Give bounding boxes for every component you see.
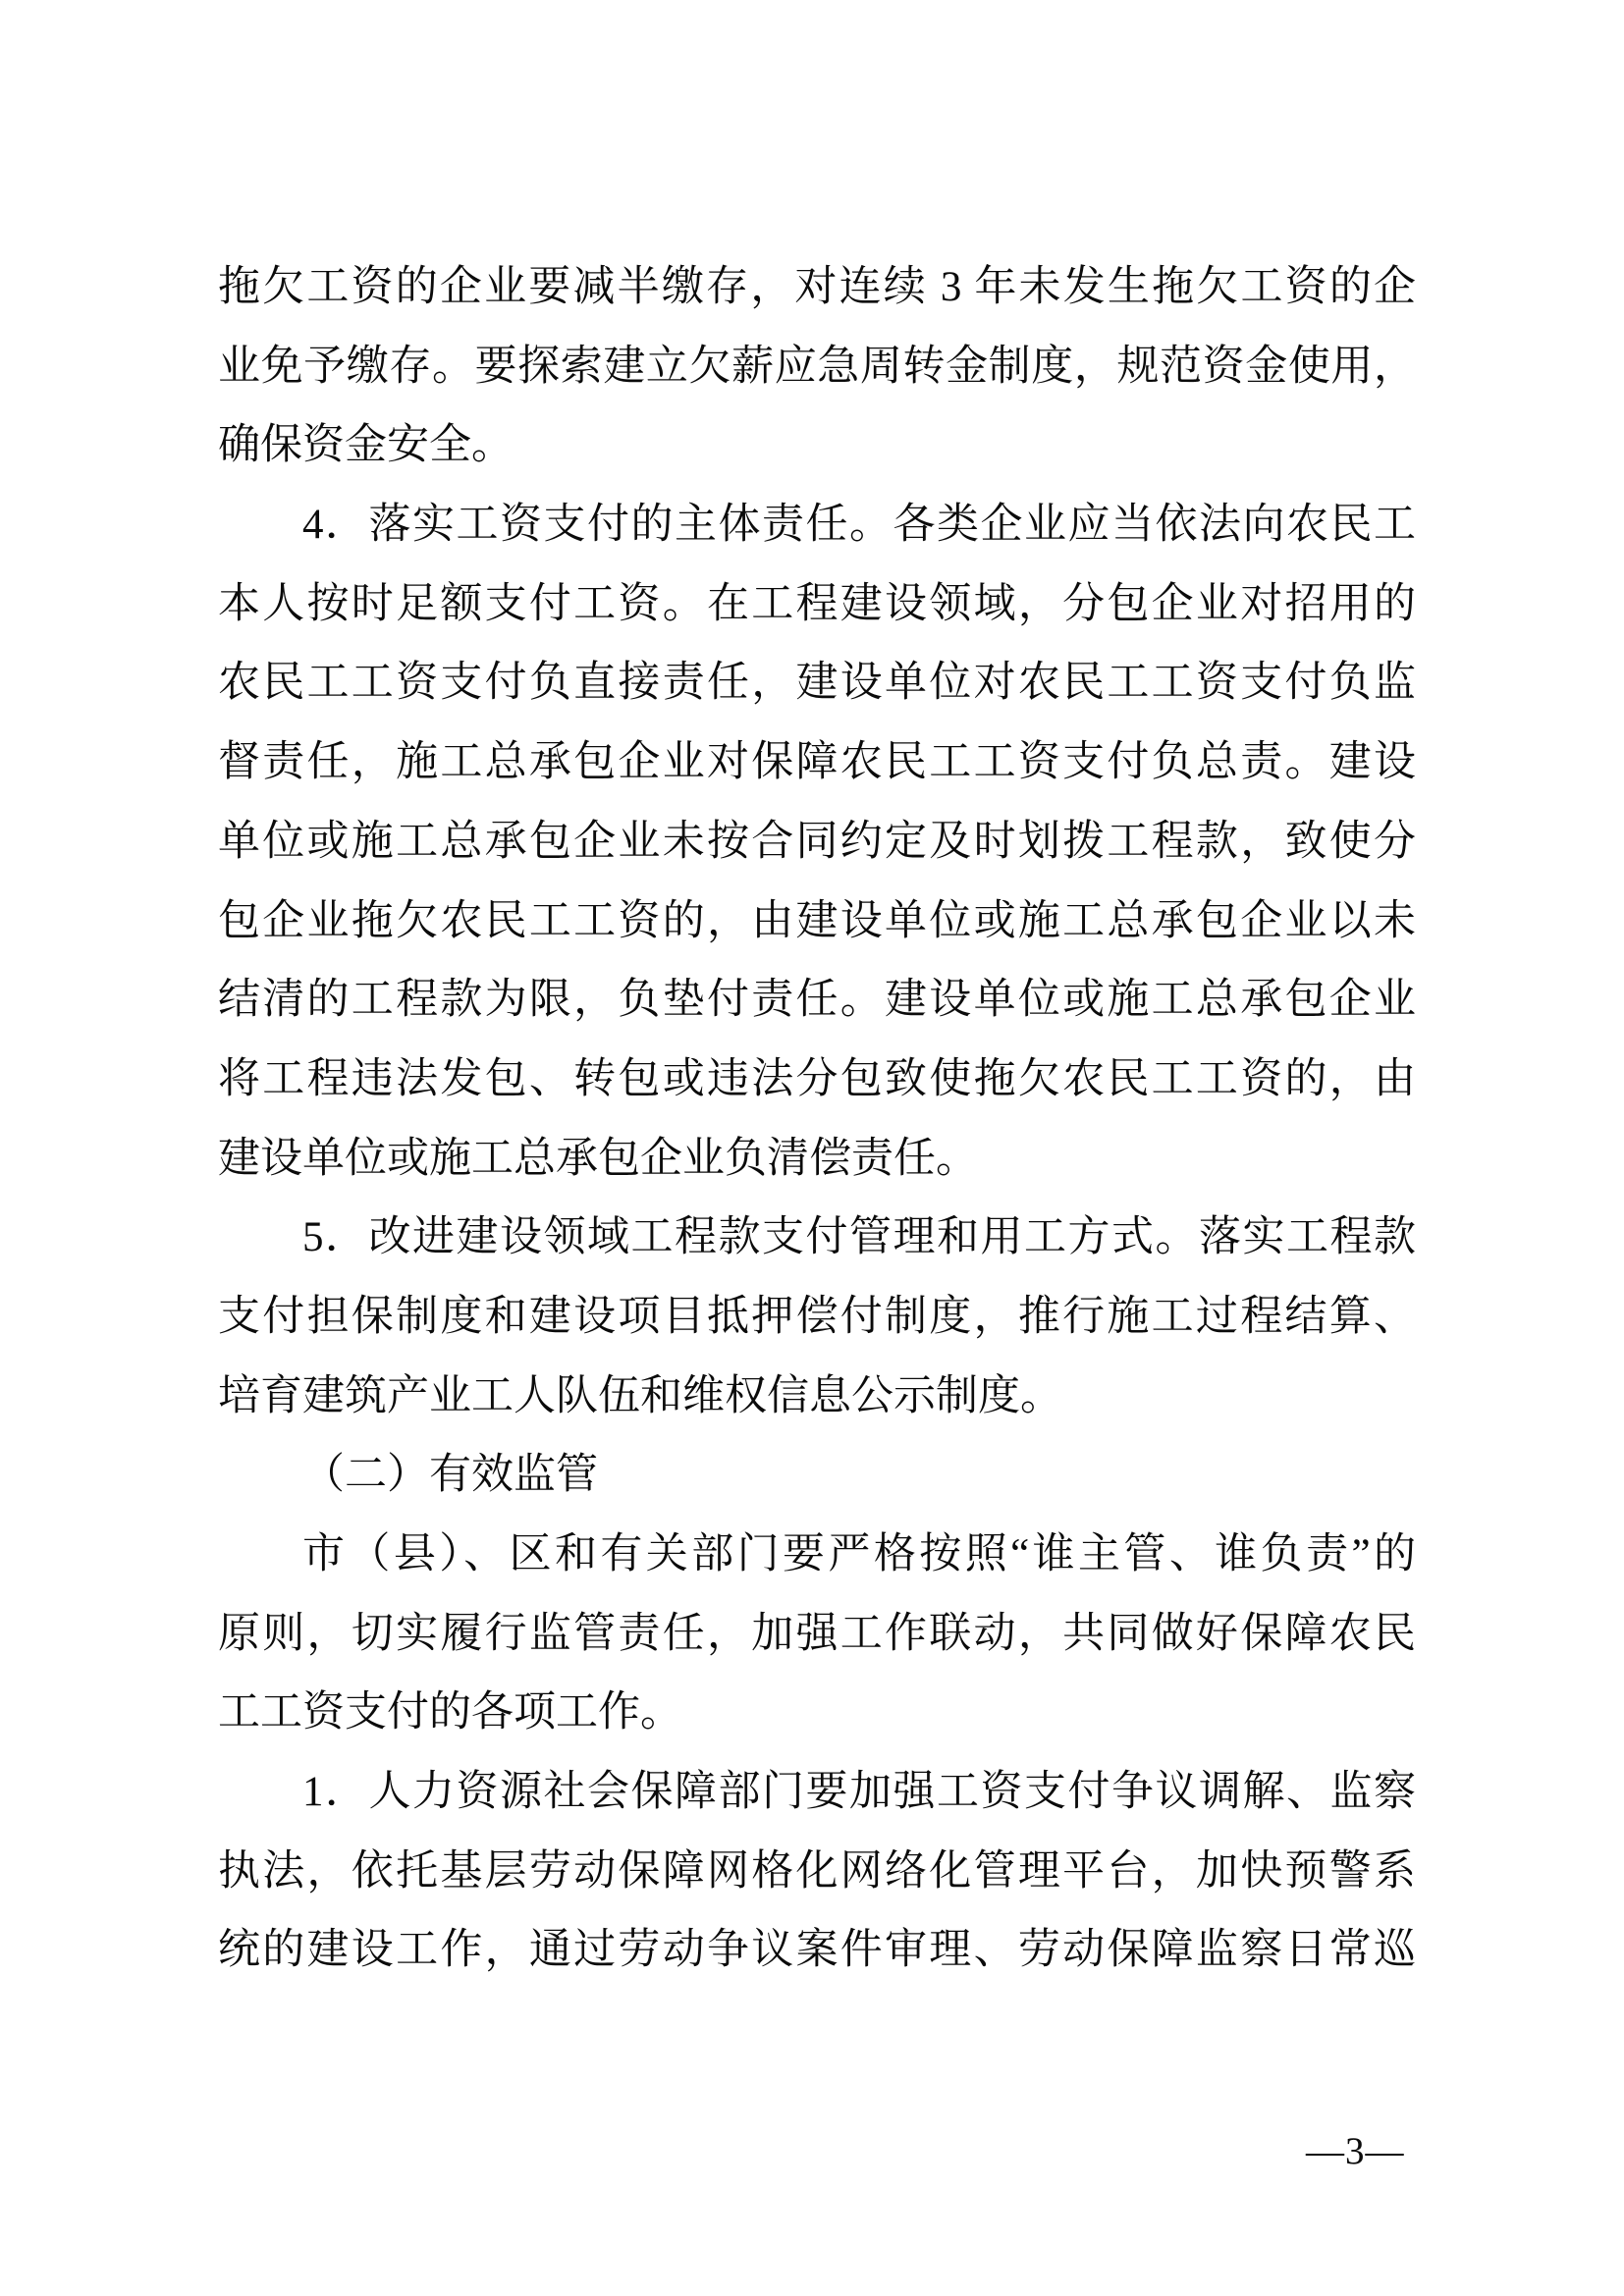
text-line: 1．人力资源社会保障部门要加强工资支付争议调解、监察	[218, 1753, 1416, 1833]
text-line: 5．改进建设领域工程款支付管理和用工方式。落实工程款	[218, 1199, 1416, 1278]
text-line: 执法，依托基层劳动保障网格化网络化管理平台，加快预警系	[218, 1833, 1416, 1912]
text-line: 包企业拖欠农民工工资的，由建设单位或施工总承包企业以未	[218, 882, 1416, 962]
text-line: 统的建设工作，通过劳动争议案件审理、劳动保障监察日常巡	[218, 1911, 1416, 1991]
text-line: 督责任，施工总承包企业对保障农民工工资支付负总责。建设	[218, 723, 1416, 803]
text-line: 结清的工程款为限，负垫付责任。建设单位或施工总承包企业	[218, 961, 1416, 1041]
page-number: —3—	[1306, 2128, 1405, 2175]
text-line: 将工程违法发包、转包或违法分包致使拖欠农民工工资的，由	[218, 1041, 1416, 1120]
document-body: 拖欠工资的企业要减半缴存，对连续 3 年未发生拖欠工资的企 业免予缴存。要探索建…	[218, 248, 1416, 1991]
document-page: 拖欠工资的企业要减半缴存，对连续 3 年未发生拖欠工资的企 业免予缴存。要探索建…	[0, 0, 1624, 2296]
text-line: 本人按时足额支付工资。在工程建设领域，分包企业对招用的	[218, 565, 1416, 645]
text-line: 支付担保制度和建设项目抵押偿付制度，推行施工过程结算、	[218, 1278, 1416, 1358]
text-line: 培育建筑产业工人队伍和维权信息公示制度。	[218, 1358, 1416, 1437]
text-line: 市（县）、区和有关部门要严格按照“谁主管、谁负责”的	[218, 1516, 1416, 1595]
text-line: （二）有效监管	[218, 1436, 1416, 1516]
text-line: 确保资金安全。	[218, 406, 1416, 486]
text-line: 拖欠工资的企业要减半缴存，对连续 3 年未发生拖欠工资的企	[218, 248, 1416, 328]
text-line: 原则，切实履行监管责任，加强工作联动，共同做好保障农民	[218, 1595, 1416, 1675]
text-line: 农民工工资支付负直接责任，建设单位对农民工工资支付负监	[218, 644, 1416, 723]
text-line: 建设单位或施工总承包企业负清偿责任。	[218, 1120, 1416, 1200]
text-line: 4．落实工资支付的主体责任。各类企业应当依法向农民工	[218, 486, 1416, 565]
text-line: 工工资支付的各项工作。	[218, 1674, 1416, 1753]
text-line: 业免予缴存。要探索建立欠薪应急周转金制度，规范资金使用，	[218, 328, 1416, 407]
text-line: 单位或施工总承包企业未按合同约定及时划拨工程款，致使分	[218, 803, 1416, 882]
